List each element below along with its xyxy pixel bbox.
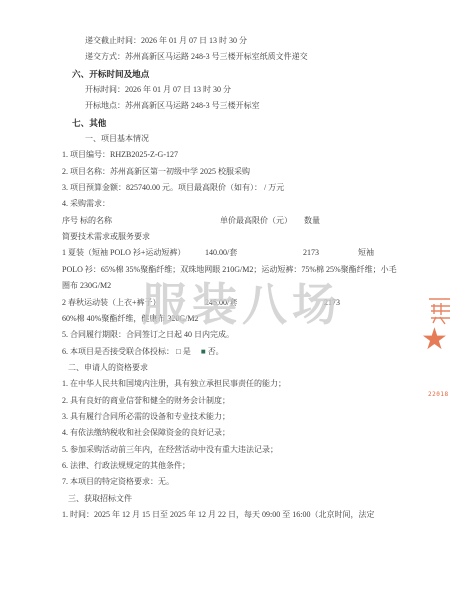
side-red-number: 22018: [428, 391, 449, 398]
row2-price: 245.00/套: [205, 295, 237, 311]
project-name: 2. 项目名称：苏州高新区第一初级中学 2025 校服采购: [62, 164, 402, 180]
requirement-5: 5. 参加采购活动前三年内，在经营活动中没有重大违法记录；: [62, 442, 402, 458]
obtain-documents-heading: 三、获取招标文件: [62, 491, 402, 507]
row2-qty: 2173: [324, 295, 340, 311]
project-number: 1. 项目编号：RHZB2025-Z-G-127: [62, 147, 402, 163]
contract-period: 5. 合同履行期限：合同签订之日起 40 日内完成。: [62, 327, 402, 343]
table-row-1: 1 夏装（短袖 POLO 衫+运动短裤） 140.00/套 2173 短袖: [62, 245, 402, 261]
requirement-3: 3. 具有履行合同所必需的设备和专业技术能力；: [62, 409, 402, 425]
table-header-price: 单价最高限价（元）: [220, 213, 292, 229]
row2-description: 60%棉 40%聚酯纤维，健康布 320G/M2: [62, 311, 402, 327]
basic-info-heading: 一、项目基本情况: [62, 131, 402, 147]
tech-requirements-label: 简要技术需求或服务要求: [62, 229, 402, 245]
table-header-row: 序号 标的名称 单价最高限价（元） 数量: [62, 213, 402, 229]
requirement-1: 1. 在中华人民共和国境内注册，具有独立承担民事责任的能力；: [62, 376, 402, 392]
row1-price: 140.00/套: [205, 245, 237, 261]
table-row-2: 2 春秋运动装（上衣+裤子） 245.00/套 2173: [62, 295, 402, 311]
row1-note: 短袖: [358, 245, 374, 261]
joint-bid-label: 6. 本项目是否接受联合体投标：: [62, 347, 174, 356]
bid-opening-place: 开标地点：苏州高新区马运路 248-3 号三楼开标室: [62, 98, 402, 114]
row1-qty: 2173: [303, 245, 319, 261]
row1-description-line1: POLO 衫：65%棉 35%聚酯纤维；双珠地网眼 210G/M2；运动短裤：7…: [62, 262, 402, 278]
table-header-qty: 数量: [304, 213, 320, 229]
joint-bid-no-label: 否。: [208, 347, 224, 356]
applicant-requirements-heading: 二、申请人的资格要求: [62, 360, 402, 376]
document-page: 递交截止时间：2026 年 01 月 07 日 13 时 30 分 递交方式：苏…: [0, 0, 450, 600]
checkbox-checked-icon: ■: [201, 347, 206, 356]
star-icon: ★: [421, 325, 448, 355]
document-body: 递交截止时间：2026 年 01 月 07 日 13 时 30 分 递交方式：苏…: [62, 33, 402, 523]
row2-name: 2 春秋运动装（上衣+裤子）: [62, 298, 161, 307]
requirement-7: 7. 本项目的特定资格要求：无。: [62, 474, 402, 490]
obtain-documents-time: 1. 时间：2025 年 12 月 15 日至 2025 年 12 月 22 日…: [62, 507, 402, 523]
row1-description-line2: 圈布 230G/M2: [62, 278, 402, 294]
requirement-4: 4. 有依法缴纳税收和社会保障资金的良好记录；: [62, 425, 402, 441]
joint-bid-yes-label: 是: [183, 347, 199, 356]
procurement-demand-label: 4. 采购需求：: [62, 196, 402, 212]
section6-heading: 六、开标时间及地点: [62, 66, 402, 82]
requirement-6: 6. 法律、行政法规规定的其他条件；: [62, 458, 402, 474]
section7-heading: 七、其他: [62, 115, 402, 131]
submission-method: 递交方式：苏州高新区马运路 248-3 号三楼开标室纸质文件递交: [62, 49, 402, 65]
project-budget: 3. 项目预算金额：825740.00 元。项目最高限价（如有）： / 万元: [62, 180, 402, 196]
row1-name: 1 夏装（短袖 POLO 衫+运动短裤）: [62, 248, 185, 257]
requirement-2: 2. 具有良好的商业信誉和健全的财务会计制度；: [62, 393, 402, 409]
checkbox-unchecked-icon: □: [176, 347, 181, 356]
table-header-name: 序号 标的名称: [62, 216, 112, 225]
submission-deadline: 递交截止时间：2026 年 01 月 07 日 13 时 30 分: [62, 33, 402, 49]
bid-opening-time: 开标时间：2026 年 01 月 07 日 13 时 30 分: [62, 82, 402, 98]
joint-bid-line: 6. 本项目是否接受联合体投标： □ 是 ■ 否。: [62, 344, 402, 360]
